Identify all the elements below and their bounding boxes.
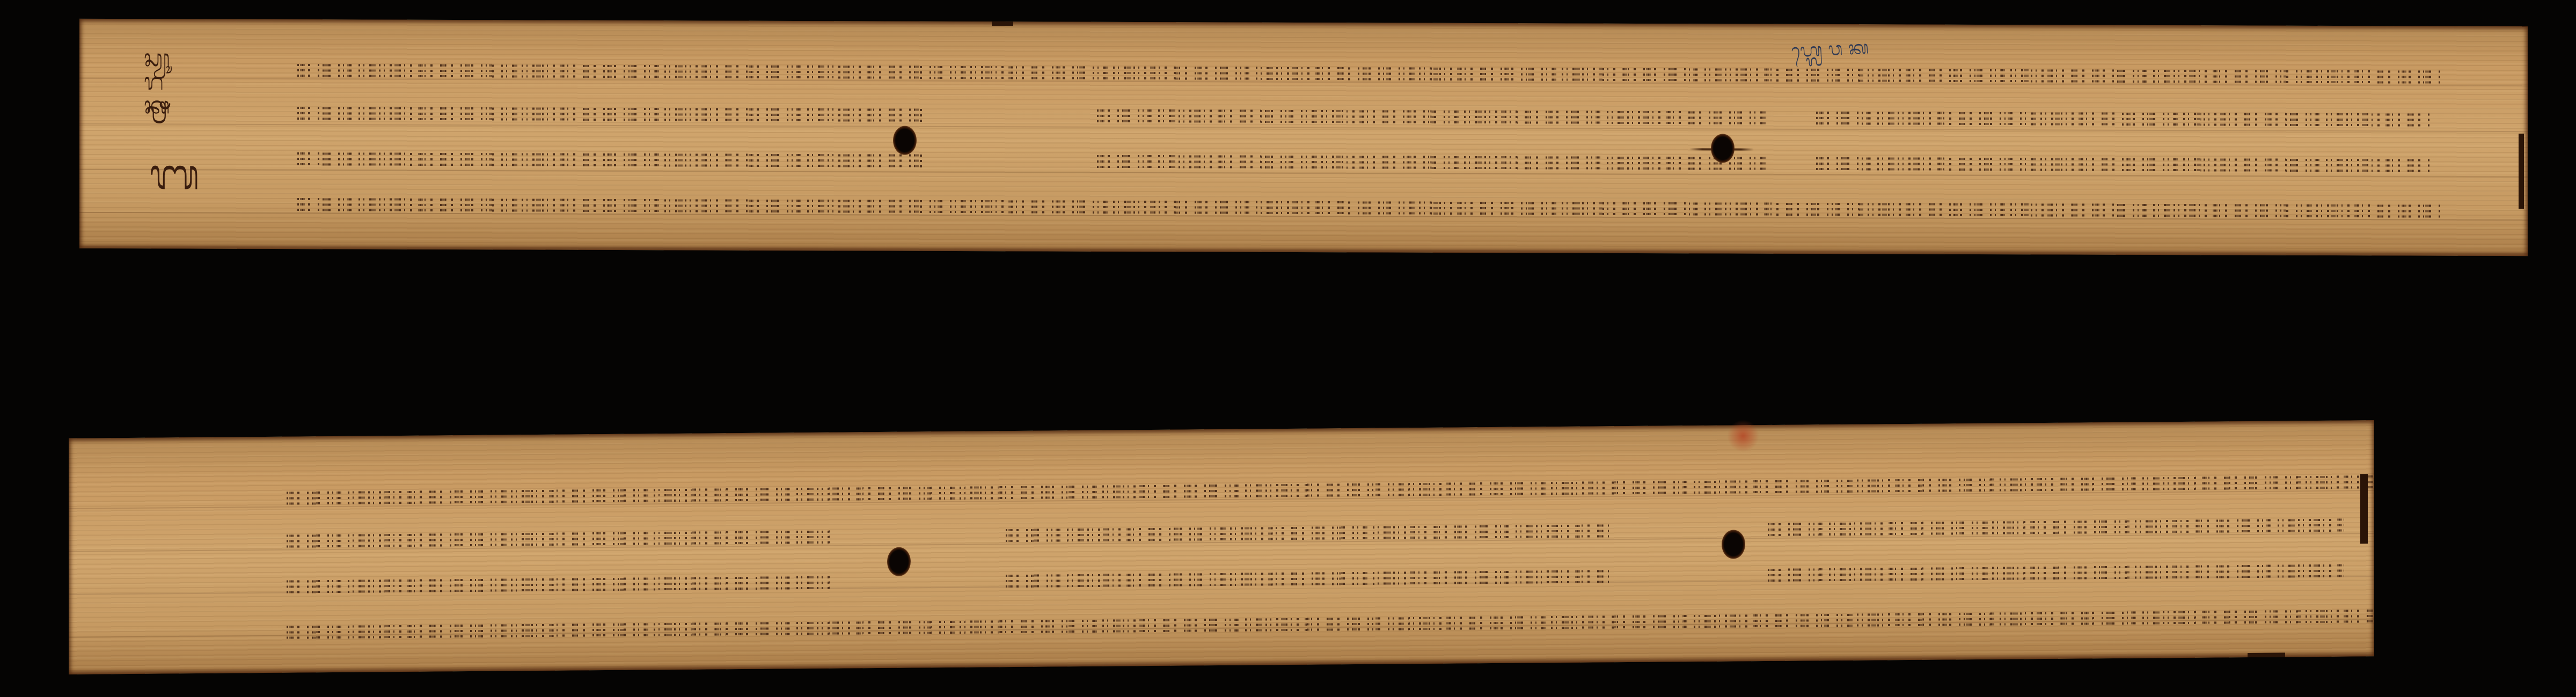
margin-folio-letter: ᬩ <box>149 153 201 196</box>
edge-wear <box>2248 652 2285 657</box>
text-column-middle <box>1094 97 1770 185</box>
script-text <box>283 471 2376 509</box>
script-text <box>1813 153 2430 177</box>
script-text <box>283 605 2376 643</box>
script-text <box>283 572 831 598</box>
script-text <box>1094 151 1770 174</box>
binding-hole-left <box>893 126 917 155</box>
script-text <box>1002 566 1609 592</box>
script-text <box>1094 105 1770 129</box>
text-column-right <box>1813 99 2430 187</box>
text-column-right <box>1765 507 2344 597</box>
script-text <box>294 148 922 172</box>
binding-hole-left <box>887 547 911 576</box>
script-text <box>1765 515 2344 540</box>
binding-hole-right <box>1711 134 1735 163</box>
text-line-1 <box>294 52 2441 96</box>
margin-folio-number: ᭘ <box>147 97 171 128</box>
manuscript-leaf-bottom <box>69 420 2374 674</box>
text-column-left <box>283 518 831 608</box>
script-text <box>283 526 831 552</box>
binding-hole-right <box>1722 530 1745 559</box>
script-text <box>1002 520 1609 546</box>
script-text <box>1813 107 2430 131</box>
manuscript-leaf-top: ᬲ᭄ᬬᬸᬭᬓ ᭘ ᬩ ᬳ᭄ᬮᬾ ᬯ ᬓ <box>79 19 2528 256</box>
script-text <box>294 60 2441 88</box>
text-column-middle <box>1002 512 1609 603</box>
text-line-4 <box>294 186 2441 230</box>
script-text <box>1765 560 2344 586</box>
text-column-left <box>294 94 922 182</box>
script-text <box>294 194 2441 222</box>
edge-wear <box>992 21 1013 26</box>
red-stain <box>1727 420 1759 452</box>
edge-wear <box>2360 474 2368 544</box>
script-text <box>294 102 922 126</box>
edge-wear <box>2519 134 2524 209</box>
